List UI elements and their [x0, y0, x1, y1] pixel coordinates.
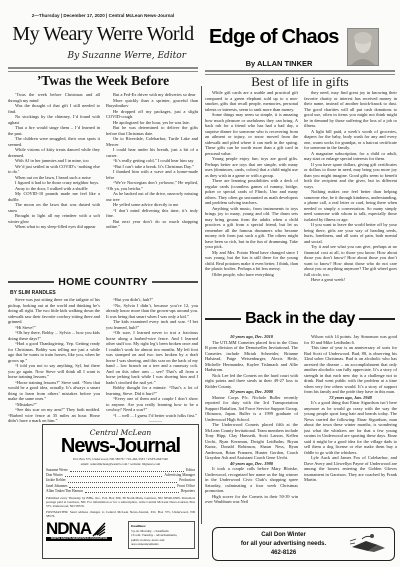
dotted-leader	[85, 492, 179, 493]
paragraph: they need, may find great joy in knowing…	[304, 90, 397, 129]
paragraph: The children were snuggled, their own sp…	[8, 136, 100, 147]
paragraph: He dropped off my packages, just a sligh…	[106, 109, 198, 120]
paragraph: “Oh sure, I learned never to trot a frac…	[106, 330, 198, 385]
paragraph: A light bill paid, a week’s worth of gro…	[304, 129, 397, 151]
paragraph: There are learning possibilities with a …	[205, 178, 298, 206]
masthead-box: Central McLean News-Journal P.O. Box 575…	[42, 424, 199, 559]
ad-line-3: 462-8126	[219, 549, 348, 558]
paragraph: If you have spare dollars, giving gift c…	[304, 162, 397, 190]
paragraph: Wilson with 14 points. Jay Simonson was …	[304, 334, 397, 345]
ndna-logo: NDNA NORTH DAKOTA NEWSPAPER ASSOCIATION	[46, 521, 124, 540]
paragraph: Young people enjoy fun; toys are good gi…	[205, 156, 298, 178]
edge-of-chaos-byline: By ALLAN TINKER	[209, 59, 349, 68]
home-country-byline: BY SLIM RANDLES	[10, 290, 130, 296]
home-country-col2: “But you didn’t, huh?”“No, Sylvia I didn…	[106, 297, 198, 423]
masthead-contact: email: centralmclean@westriv.com • websi…	[46, 462, 195, 466]
paragraph: We’d just settled in with COVID’s ‘nothi…	[8, 164, 100, 175]
paragraph: I thanked him with a wave and a home-mad…	[106, 169, 198, 180]
paragraph: High scorer for the Comets in their 50-3…	[205, 494, 298, 505]
paragraph: “Oh hey there, Bobby ... Sylvia ... how …	[8, 330, 100, 341]
paragraph: A magazine subscription, for a child or …	[304, 151, 397, 162]
paragraph: My COVID-10 pounds made me feel like a d…	[8, 191, 100, 202]
weary-world-col2: But a Fed-Ex driver with my deliveries s…	[106, 92, 198, 272]
paragraph: When what to my sleep-filled eyes did ap…	[8, 224, 100, 230]
divider-line-left	[205, 318, 241, 321]
paragraph: That a fire would singe them – I’d learn…	[8, 125, 100, 136]
paragraph: “No, Sylvia I didn’t, because you’re 12,…	[106, 303, 198, 320]
paragraph: The Underwood Comets placed fifth at the…	[205, 422, 298, 461]
center-column-rule	[201, 86, 202, 524]
columnist-photo	[347, 28, 379, 66]
paragraph: It took a couple calls before Mary Blots…	[205, 466, 298, 494]
paragraph: ’Twas the week before Christmas and all …	[8, 92, 100, 103]
back-in-the-day-body: 10 years ago, Dec. 2010The UTLMM Comette…	[205, 334, 397, 522]
ad-line-2: for all your advertising needs.	[219, 540, 348, 549]
paragraph: But next year don’t do so much shopping …	[106, 219, 198, 230]
deadlines-box: Deadlines: 5 p.m. Monday - classifieds10…	[128, 521, 195, 549]
home-country-col1: Steve was just sitting there on the tail…	[8, 297, 100, 423]
paragraph: My and Mrs. Potato Head have changed sin…	[205, 250, 298, 272]
paragraph: With AJ in her jammies and I in mine, to…	[8, 158, 100, 164]
paragraph: Some things may seem so simple, it is am…	[205, 112, 298, 156]
staff-name: Allan Tinker/Tim Hanson	[46, 489, 83, 494]
ndna-logo-text: NDNA	[46, 521, 91, 536]
divider-line-right	[152, 281, 198, 283]
edge-of-chaos-col2: they need, may find great joy in knowing…	[304, 90, 397, 307]
home-country-divider: HOME COUNTRY	[8, 276, 198, 288]
weary-world-body: ’Twas the week before Christmas and all …	[8, 92, 198, 272]
paragraph: The moon on the lawn that was dusted wit…	[8, 202, 100, 213]
newspaper-page: 2—Thursday | December 17, 2020 | Central…	[0, 0, 400, 567]
paragraph: Brought to light all my reindeer with a …	[8, 213, 100, 224]
paragraph: “It’s really getting cold,” I could hear…	[106, 158, 198, 164]
dotted-leader	[69, 487, 175, 488]
paragraph: This time of year is an anniversary of s…	[304, 345, 397, 395]
paragraph: I could hear under his breath, just a bi…	[106, 147, 198, 158]
dotted-leader	[70, 471, 184, 472]
ndna-bar-text: NORTH DAKOTA NEWSPAPER ASSOCIATION	[46, 537, 112, 541]
advertising-ad-box: Call Don Winter for all your advertising…	[212, 527, 395, 561]
divider-line-left	[8, 281, 54, 283]
paragraph: The UTLMM Comettes placed first in the C…	[205, 340, 298, 373]
paragraph: Try it and see what you can give, perhap…	[304, 244, 397, 277]
newspaper-delivery-icon	[348, 531, 388, 557]
deadlines-lines: 5 p.m. Monday - classifieds10 a.m. Tuesd…	[131, 529, 192, 547]
ad-line-1: Call Don Winter	[219, 531, 348, 540]
paragraph: area announcements	[131, 542, 192, 547]
paragraph: Nick Lee led the Comets on the hard cour…	[205, 373, 298, 390]
paragraph: “See this scar on my arm?” They both nod…	[8, 407, 100, 423]
paragraph: “Horse training lessons?” Steve said. “N…	[8, 380, 100, 402]
paragraph: ———	[106, 418, 198, 423]
masthead-address: P.O. Box 575, Underwood, ND 58576 • 701-…	[46, 457, 195, 461]
paragraph: Have a great week!	[304, 277, 397, 283]
paragraph: Marine Corps Pfc. Nichole Buller recentl…	[205, 395, 298, 423]
paragraph: But a Fed-Ex driver with my deliveries s…	[106, 92, 198, 98]
paragraph: The kids examined every inch and scar. “…	[106, 319, 198, 330]
masthead-postmaster-info: POSTMASTER: Send address changes to Cent…	[46, 510, 195, 519]
paragraph: I figured it had to be those crazy neigh…	[8, 180, 100, 186]
weary-world-col1: ’Twas the week before Christmas and all …	[8, 92, 100, 272]
ndna-feather-icon	[92, 522, 106, 537]
back-in-the-day-title: Back in the day	[245, 310, 355, 328]
masthead-name: News-Journal	[46, 437, 195, 456]
masthead-bottom-row: NDNA NORTH DAKOTA NEWSPAPER ASSOCIATION …	[46, 521, 195, 549]
paragraph: “Had a good Thanksgiving. Yep. Getting r…	[8, 341, 100, 363]
paragraph: It’s a good thing that Einar Sigurdson i…	[304, 400, 397, 455]
paragraph: Was the thought of that gift I still nee…	[8, 103, 100, 114]
paragraph: “We’re Norwegian don’t ya-know,” He repl…	[106, 180, 198, 191]
page-running-header: 2—Thursday | December 17, 2020 | Central…	[8, 13, 198, 18]
divider-line-right	[359, 318, 395, 321]
staff-role: Reporters	[181, 489, 195, 494]
paragraph: On to Riverdale, Coleharbor, Turtle Lake…	[106, 136, 198, 147]
masthead-staff-list: Suzanne Werre Editor Don Winter Advertis…	[46, 468, 195, 494]
paragraph: Bobby thought for a minute. “That’s a lo…	[106, 385, 198, 396]
paragraph: No stockings by the chimney, I’d found w…	[8, 114, 100, 125]
paragraph: More quickly than a sprinter, graceful t…	[106, 98, 198, 109]
paragraph: Anything with music, from instruments to…	[205, 206, 298, 250]
edge-of-chaos-headline: Best of life in gifts	[205, 74, 395, 90]
masthead-published-info: Published every Thursday by BHG, Inc., P…	[46, 496, 195, 509]
weary-world-byline: By Suzanne Werre, Editor	[8, 51, 186, 61]
paragraph: “I don’t mind delivering this time, it’s…	[106, 208, 198, 219]
paragraph: If you want to leave the world better of…	[304, 222, 397, 244]
back-in-the-day-col2: Wilson with 14 points. Jay Simonson was …	[304, 334, 397, 522]
paragraph: While gift cards are a usable and practi…	[205, 90, 298, 112]
paragraph: Steve was just sitting there on the tail…	[8, 297, 100, 325]
column-title-my-weary-werre-world: My Weary Werre World	[8, 23, 198, 46]
paragraph: Nothing makes one feel better than helpi…	[304, 189, 397, 222]
column-title-edge-of-chaos: Edge of Chaos	[209, 26, 347, 49]
left-column-rule	[8, 67, 198, 72]
home-country-title: HOME COUNTRY	[58, 276, 148, 288]
back-in-the-day-divider: Back in the day	[205, 310, 395, 328]
paragraph: Lyle Auck and James Fox of Coleharbor, a…	[304, 455, 397, 483]
paragraph: As he backed out of the drive, narrowly …	[106, 191, 198, 202]
ad-text: Call Don Winter for all your advertising…	[219, 531, 348, 558]
dotted-leader	[68, 482, 178, 483]
staff-row: Allan Tinker/Tim Hanson Reporters	[46, 489, 195, 494]
back-in-the-day-col1: 10 years ago, Dec. 2010The UTLMM Comette…	[205, 334, 298, 522]
paragraph: But he was determined to deliver the gif…	[106, 125, 198, 136]
home-country-body: Steve was just sitting there on the tail…	[8, 297, 198, 423]
dotted-leader	[65, 476, 163, 477]
paragraph: “Every one of them and a couple I don’t …	[106, 396, 198, 413]
weary-world-headline: ’Twas the Week Before	[8, 73, 198, 89]
paragraph: While visions of kitty treats danced whi…	[8, 147, 100, 158]
paragraph: Older people, who have everything	[205, 272, 298, 278]
edge-of-chaos-col1: While gift cards are a usable and practi…	[205, 90, 298, 307]
edge-of-chaos-body: While gift cards are a usable and practi…	[205, 90, 397, 307]
portrait-placeholder-icon	[348, 29, 378, 65]
paragraph: “I told you not to say anything, Syl, bu…	[8, 363, 100, 380]
